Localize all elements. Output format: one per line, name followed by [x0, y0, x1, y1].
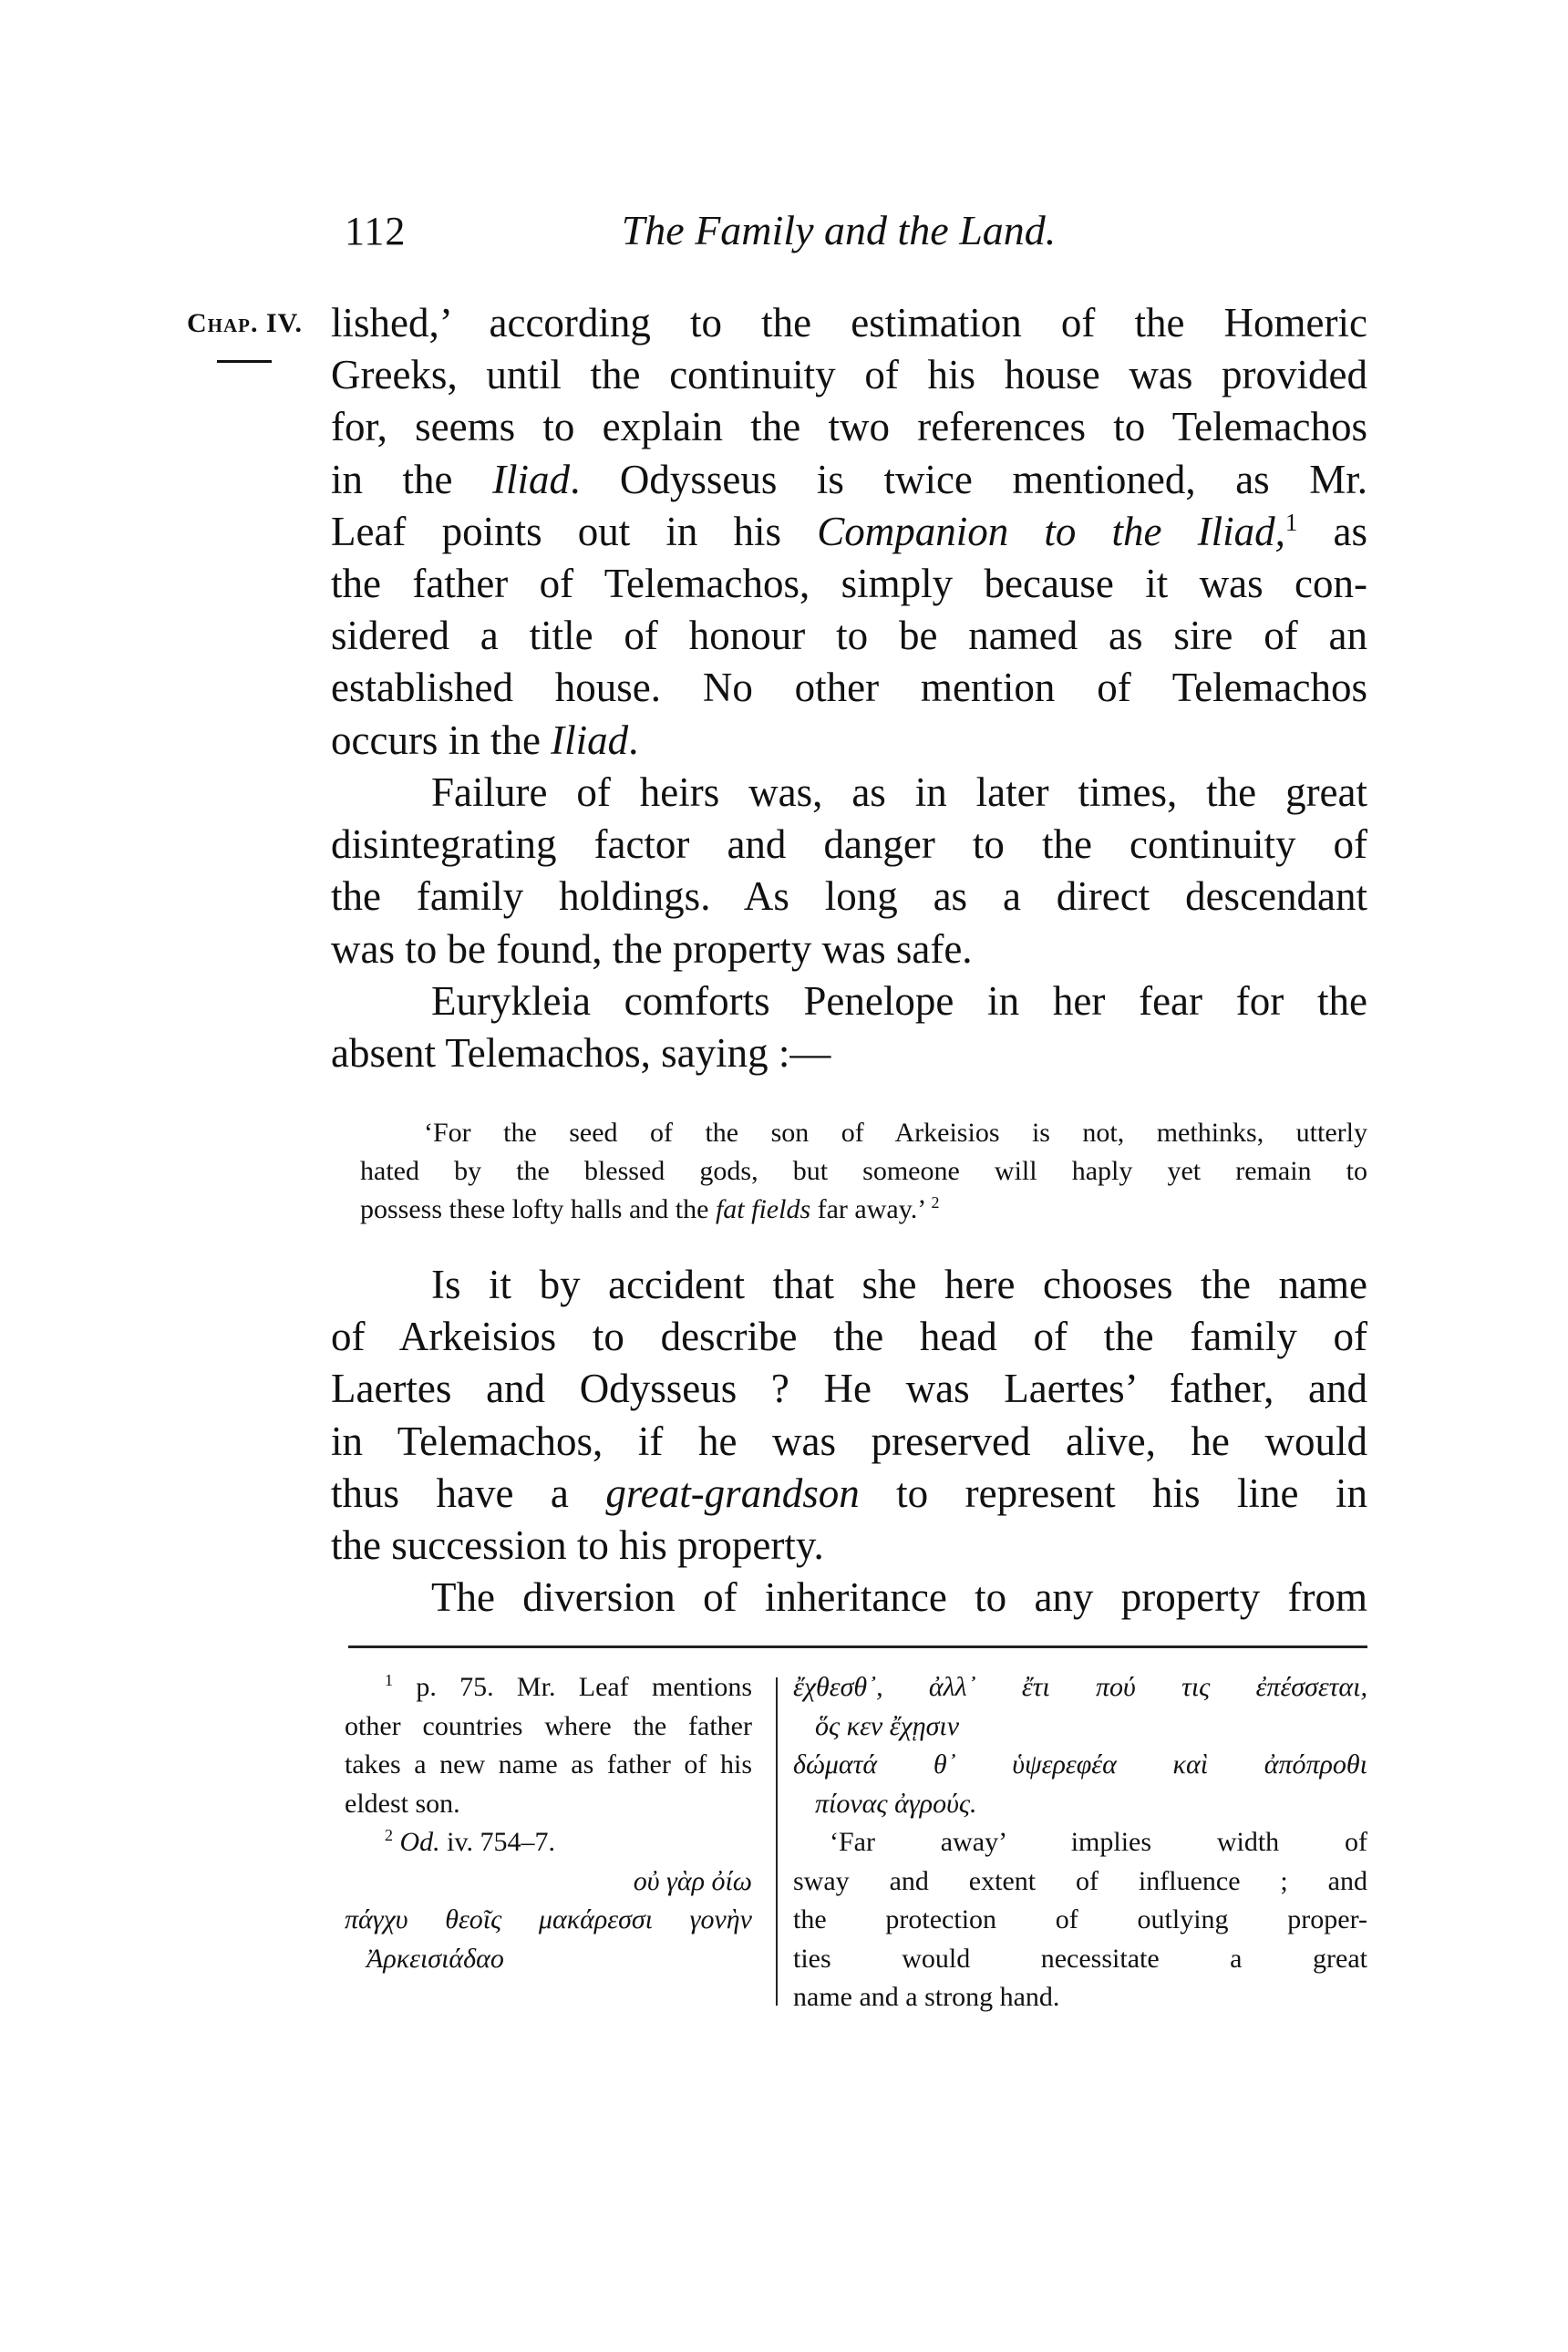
quote-line: ‘For the seed of the son of Arkeisios is…: [360, 1114, 1367, 1152]
text-line: Laertes and Odysseus ? He was Laertes’ f…: [331, 1363, 1367, 1415]
greek-verse-line: δώματά θ᾽ ὑψερεφέα καὶ ἀπόπροθι: [793, 1746, 1367, 1785]
text-line: absent Telemachos, saying :—: [331, 1027, 1367, 1079]
chapter-margin-rule: [217, 360, 272, 363]
page-number: 112: [345, 208, 406, 254]
footnote-1-line: takes a new name as father of his: [345, 1746, 752, 1785]
quote-line: possess these lofty halls and the fat fi…: [360, 1191, 1367, 1229]
chapter-margin-note: Chap. IV.: [187, 308, 303, 339]
italic-title: Iliad: [492, 457, 570, 502]
text-line: Leaf points out in his Companion to the …: [331, 506, 1367, 558]
paragraph-2: Failure of heirs was, as in later times,…: [331, 767, 1367, 975]
footnote-column-divider: [776, 1677, 778, 2006]
footnote-ref-2[interactable]: 2: [932, 1193, 940, 1212]
footnotes-right-column: ἔχθεσθ᾽, ἀλλ᾽ ἔτι πού τις ἐπέσσεται, ὅς …: [793, 1668, 1367, 2017]
greek-verse-line: ἔχθεσθ᾽, ἀλλ᾽ ἔτι πού τις ἐπέσσεται,: [793, 1668, 1367, 1707]
quote-line: hated by the blessed gods, but someone w…: [360, 1152, 1367, 1191]
text-line: sidered a title of honour to be named as…: [331, 610, 1367, 662]
text-line: disintegrating factor and danger to the …: [331, 819, 1367, 871]
footnote-1-marker: 1: [385, 1671, 393, 1689]
text-line: Is it by accident that she here chooses …: [331, 1259, 1367, 1311]
greek-verse-line: Ἀρκεισιάδαο: [345, 1940, 752, 1979]
text-line: the father of Telemachos, simply because…: [331, 558, 1367, 610]
paragraph-1: lished,’ according to the estimation of …: [331, 297, 1367, 767]
footnote-1-line: other countries where the father: [345, 1707, 752, 1747]
italic-title: Iliad: [551, 717, 628, 763]
greek-verse-line: πίονας ἀγρούς.: [793, 1785, 1367, 1824]
footnote-comment-line: ties would necessitate a great: [793, 1940, 1367, 1979]
greek-verse-line: ὅς κεν ἔχῃσιν: [793, 1707, 1367, 1747]
footnotes-left-column: 1 p. 75. Mr. Leaf mentions other countri…: [345, 1668, 752, 1978]
footnote-comment-line: sway and extent of influence ; and: [793, 1862, 1367, 1902]
greek-verse-line: πάγχυ θεοῖς μακάρεσσι γονὴν: [345, 1901, 752, 1940]
text-line: established house. No other mention of T…: [331, 662, 1367, 714]
text-line: lished,’ according to the estimation of …: [331, 297, 1367, 349]
text-line: The diversion of inheritance to any prop…: [331, 1572, 1367, 1624]
italic-phrase: fat fields: [716, 1194, 810, 1224]
footnote-comment-line: name and a strong hand.: [793, 1978, 1367, 2017]
footnote-ref-1[interactable]: 1: [1285, 509, 1298, 536]
footnote-separator: [348, 1645, 1367, 1648]
text-line: Eurykleia comforts Penelope in her fear …: [331, 975, 1367, 1027]
text-line: of Arkeisios to describe the head of the…: [331, 1311, 1367, 1363]
text-line: in the Iliad. Odysseus is twice mentione…: [331, 454, 1367, 506]
block-quote: ‘For the seed of the son of Arkeisios is…: [360, 1114, 1367, 1229]
paragraph-4: Is it by accident that she here chooses …: [331, 1259, 1367, 1572]
running-title: The Family and the Land.: [547, 206, 1130, 254]
footnote-2-marker: 2: [385, 1826, 393, 1844]
text-line: in Telemachos, if he was preserved alive…: [331, 1416, 1367, 1468]
footnote-1-line: eldest son.: [345, 1785, 752, 1824]
footnote-2-ref: 2 Od. iv. 754–7.: [345, 1823, 752, 1862]
text-line: the succession to his property.: [331, 1520, 1367, 1572]
paragraph-3: Eurykleia comforts Penelope in her fear …: [331, 975, 1367, 1079]
greek-verse-line: οὐ γὰρ ὀίω: [345, 1862, 752, 1902]
text-line: occurs in the Iliad.: [331, 715, 1367, 767]
text-line: was to be found, the property was safe.: [331, 923, 1367, 975]
text-line: for, seems to explain the two references…: [331, 401, 1367, 453]
footnote-comment-line: the protection of outlying proper-: [793, 1901, 1367, 1940]
italic-title: Companion to the Iliad,: [817, 509, 1285, 554]
text-line: Failure of heirs was, as in later times,…: [331, 767, 1367, 819]
footnote-comment-line: ‘Far away’ implies width of: [793, 1823, 1367, 1862]
text-line: thus have a great-grandson to represent …: [331, 1468, 1367, 1520]
italic-phrase: great-grandson: [605, 1470, 859, 1516]
paragraph-5: The diversion of inheritance to any prop…: [331, 1572, 1367, 1624]
text-line: the family holdings. As long as a direct…: [331, 871, 1367, 923]
text-line: Greeks, until the continuity of his hous…: [331, 349, 1367, 401]
footnote-1-line: 1 p. 75. Mr. Leaf mentions: [345, 1668, 752, 1707]
